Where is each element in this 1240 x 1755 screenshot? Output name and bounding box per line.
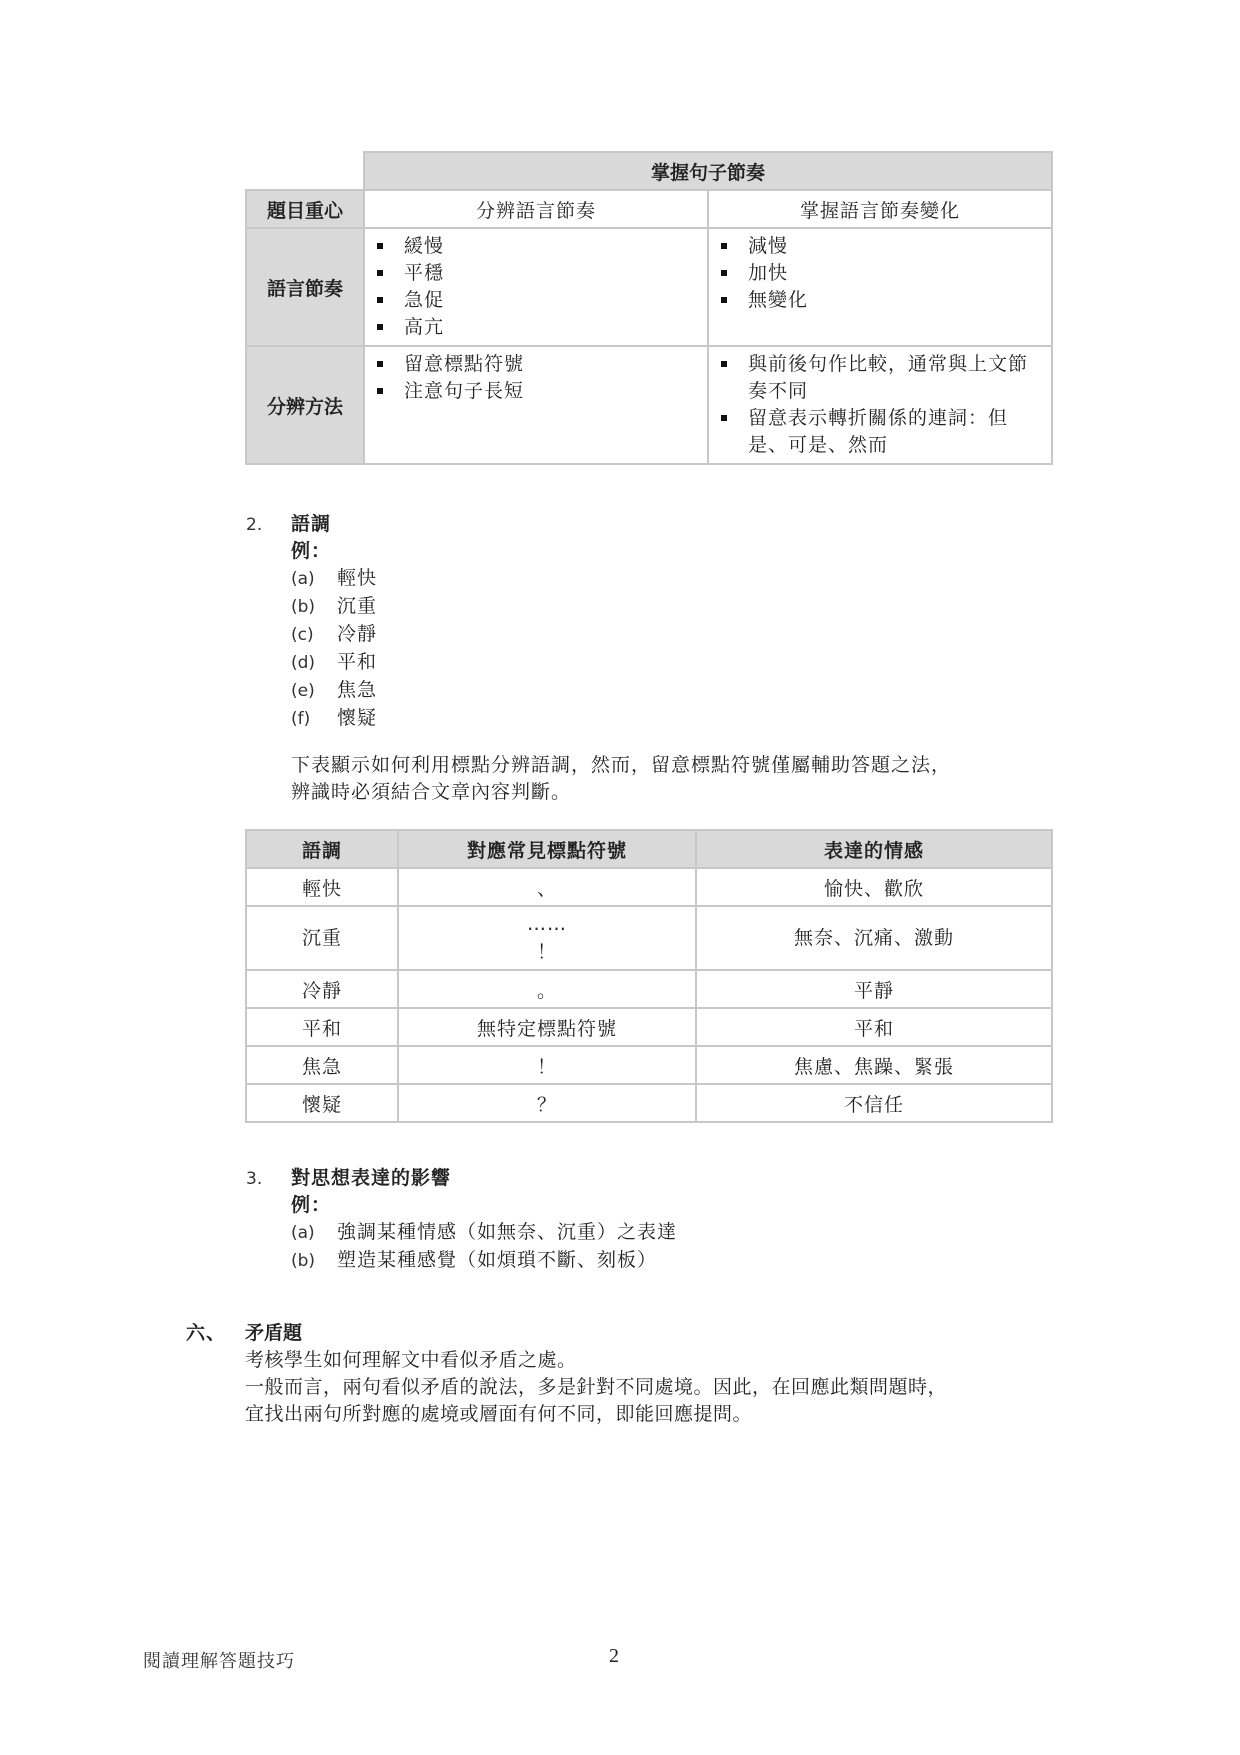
example-text: 沉重	[337, 595, 377, 617]
cell-emotion: 焦慮、焦躁、緊張	[696, 1046, 1052, 1084]
example-label: (a)	[291, 1220, 337, 1247]
cell-punctuation: 。	[398, 970, 696, 1008]
example-label: (f)	[291, 706, 337, 733]
list-item: 注意句子長短	[373, 378, 701, 405]
tone-table: 語調 對應常見標點符號 表達的情感 輕快 、 愉快、歡欣 沉重 …… ！ 無奈、…	[245, 829, 1053, 1123]
cell-punctuation: ！	[398, 1046, 696, 1084]
example-item: (b)塑造某種感覺（如煩瑣不斷、刻板）	[291, 1247, 677, 1275]
header-tone: 語調	[246, 830, 398, 868]
list-item: 減慢	[717, 233, 1045, 260]
section-2-note-line-2: 辨識時必須結合文章內容判斷。	[291, 779, 571, 806]
page-number: 2	[609, 1645, 619, 1668]
list-item: 加快	[717, 260, 1045, 287]
cell-emotion: 無奈、沉痛、激動	[696, 906, 1052, 970]
row-header-focus: 題目重心	[246, 190, 364, 228]
rhythm-table-title: 掌握句子節奏	[364, 152, 1052, 190]
cell-tone: 焦急	[246, 1046, 398, 1084]
punctuation-exclamation: ！	[399, 938, 695, 966]
list-item: 急促	[373, 287, 701, 314]
section-2-example-label: 例：	[291, 538, 331, 565]
bullet-list: 減慢 加快 無變化	[717, 233, 1045, 314]
example-label: (b)	[291, 594, 337, 621]
example-item: (a)強調某種情感（如無奈、沉重）之表達	[291, 1219, 677, 1247]
row-header-method: 分辨方法	[246, 346, 364, 464]
rhythm-cell-change: 減慢 加快 無變化	[708, 228, 1052, 346]
cell-tone: 懷疑	[246, 1084, 398, 1122]
example-label: (e)	[291, 678, 337, 705]
list-item: 無變化	[717, 287, 1045, 314]
cell-emotion: 平靜	[696, 970, 1052, 1008]
example-label: (a)	[291, 566, 337, 593]
cell-punctuation: …… ！	[398, 906, 696, 970]
section-6-line-1: 考核學生如何理解文中看似矛盾之處。	[245, 1347, 577, 1374]
bullet-list: 與前後句作比較，通常與上文節奏不同 留意表示轉折關係的連詞：但是、可是、然而	[717, 351, 1045, 459]
list-item: 高亢	[373, 314, 701, 341]
example-item: (a)輕快	[291, 565, 377, 593]
method-cell-change: 與前後句作比較，通常與上文節奏不同 留意表示轉折關係的連詞：但是、可是、然而	[708, 346, 1052, 464]
cell-punctuation: 、	[398, 868, 696, 906]
cell-punctuation: ？	[398, 1084, 696, 1122]
example-item: (f)懷疑	[291, 705, 377, 733]
table-row: 輕快 、 愉快、歡欣	[246, 868, 1052, 906]
header-punctuation: 對應常見標點符號	[398, 830, 696, 868]
section-3-examples: (a)強調某種情感（如無奈、沉重）之表達 (b)塑造某種感覺（如煩瑣不斷、刻板）	[291, 1219, 677, 1275]
section-6-line-3: 宜找出兩句所對應的處境或層面有何不同，即能回應提問。	[245, 1401, 752, 1428]
section-6-number: 六、	[186, 1320, 226, 1347]
row-header-rhythm: 語言節奏	[246, 228, 364, 346]
example-item: (d)平和	[291, 649, 377, 677]
punctuation-ellipsis: ……	[399, 910, 695, 938]
cell-tone: 平和	[246, 1008, 398, 1046]
table-header-row: 語調 對應常見標點符號 表達的情感	[246, 830, 1052, 868]
rhythm-table: 掌握句子節奏 題目重心 分辨語言節奏 掌握語言節奏變化 語言節奏 緩慢 平穩 急…	[245, 151, 1053, 465]
table-row: 懷疑 ？ 不信任	[246, 1084, 1052, 1122]
list-item: 留意標點符號	[373, 351, 701, 378]
footer-title: 閱讀理解答題技巧	[143, 1647, 295, 1673]
table-row: 冷靜 。 平靜	[246, 970, 1052, 1008]
bullet-list: 緩慢 平穩 急促 高亢	[373, 233, 701, 341]
cell-emotion: 不信任	[696, 1084, 1052, 1122]
section-3-title: 對思想表達的影響	[291, 1165, 451, 1192]
list-item: 留意表示轉折關係的連詞：但是、可是、然而	[717, 405, 1045, 459]
section-3-example-label: 例：	[291, 1192, 331, 1219]
example-text: 平和	[337, 651, 377, 673]
section-2-note-line-1: 下表顯示如何利用標點分辨語調，然而，留意標點符號僅屬輔助答題之法，	[291, 752, 951, 779]
cell-emotion: 平和	[696, 1008, 1052, 1046]
example-item: (b)沉重	[291, 593, 377, 621]
section-6-title: 矛盾題	[245, 1320, 302, 1347]
bullet-list: 留意標點符號 注意句子長短	[373, 351, 701, 405]
example-text: 焦急	[337, 679, 377, 701]
rhythm-cell-distinguish: 緩慢 平穩 急促 高亢	[364, 228, 708, 346]
example-text: 冷靜	[337, 623, 377, 645]
table-row: 焦急 ！ 焦慮、焦躁、緊張	[246, 1046, 1052, 1084]
example-text: 輕快	[337, 567, 377, 589]
column-header-change: 掌握語言節奏變化	[708, 190, 1052, 228]
list-item: 平穩	[373, 260, 701, 287]
example-text: 強調某種情感（如無奈、沉重）之表達	[337, 1221, 677, 1243]
table-corner-blank	[246, 152, 364, 190]
table-row: 平和 無特定標點符號 平和	[246, 1008, 1052, 1046]
section-2-number: 2.	[246, 515, 262, 535]
section-3-number: 3.	[246, 1169, 262, 1189]
cell-emotion: 愉快、歡欣	[696, 868, 1052, 906]
example-label: (d)	[291, 650, 337, 677]
example-label: (c)	[291, 622, 337, 649]
list-item: 緩慢	[373, 233, 701, 260]
section-2-title: 語調	[291, 511, 331, 538]
column-header-distinguish: 分辨語言節奏	[364, 190, 708, 228]
example-text: 塑造某種感覺（如煩瑣不斷、刻板）	[337, 1249, 657, 1271]
method-cell-distinguish: 留意標點符號 注意句子長短	[364, 346, 708, 464]
list-item: 與前後句作比較，通常與上文節奏不同	[717, 351, 1045, 405]
section-6-line-2: 一般而言，兩句看似矛盾的說法，多是針對不同處境。因此，在回應此類問題時，	[245, 1374, 947, 1401]
example-label: (b)	[291, 1248, 337, 1275]
cell-tone: 輕快	[246, 868, 398, 906]
example-text: 懷疑	[337, 707, 377, 729]
cell-tone: 冷靜	[246, 970, 398, 1008]
example-item: (e)焦急	[291, 677, 377, 705]
example-item: (c)冷靜	[291, 621, 377, 649]
section-2-examples: (a)輕快 (b)沉重 (c)冷靜 (d)平和 (e)焦急 (f)懷疑	[291, 565, 377, 733]
table-row: 沉重 …… ！ 無奈、沉痛、激動	[246, 906, 1052, 970]
header-emotion: 表達的情感	[696, 830, 1052, 868]
cell-tone: 沉重	[246, 906, 398, 970]
cell-punctuation: 無特定標點符號	[398, 1008, 696, 1046]
